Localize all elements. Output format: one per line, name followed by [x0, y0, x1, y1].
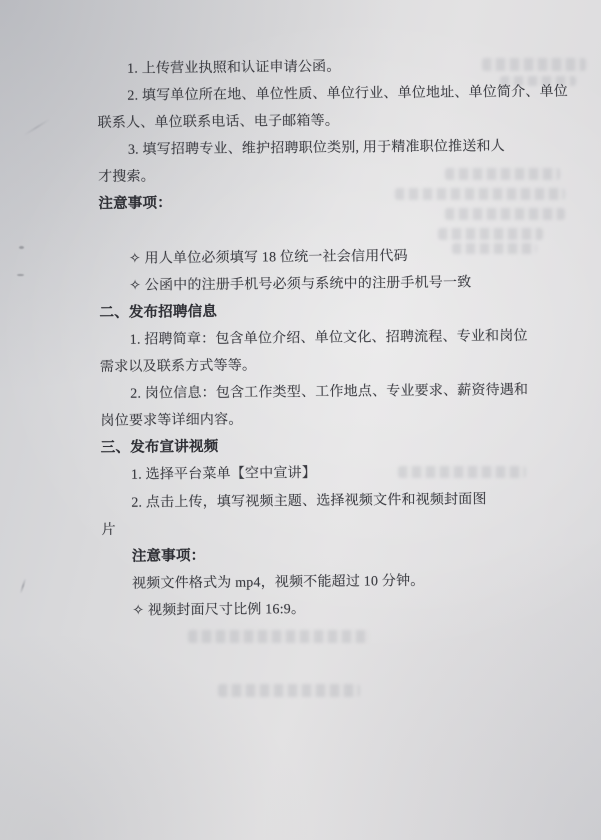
step-fill-major: 3. 填写招聘专业、维护招聘职位类别, 用于精准职位推送和人 — [98, 133, 568, 165]
document-lines: 1. 上传营业执照和认证申请公函。2. 填写单位所在地、单位性质、单位行业、单位… — [97, 51, 572, 624]
bleed-through-mark — [188, 630, 370, 643]
note-video-cover-ratio: ✧ 视频封面尺寸比例 16:9。 — [102, 593, 572, 625]
paper-crease — [20, 578, 27, 594]
paper-crease — [24, 118, 50, 135]
recruit-brochure: 1. 招聘简章：包含单位介绍、单位文化、招聘流程、专业和岗位 — [100, 322, 570, 354]
bleed-through-mark — [218, 684, 360, 697]
paper-speck — [17, 274, 24, 276]
step-fill-org-info: 2. 填写单位所在地、单位性质、单位行业、单位地址、单位简介、单位 — [97, 79, 567, 111]
job-info: 2. 岗位信息：包含工作类型、工作地点、专业要求、薪资待遇和 — [100, 377, 570, 409]
paper-speck — [19, 246, 24, 249]
document-photo: 1. 上传营业执照和认证申请公函。2. 填写单位所在地、单位性质、单位行业、单位… — [0, 0, 601, 840]
notes-heading-1: 注意事项： — [98, 187, 568, 219]
